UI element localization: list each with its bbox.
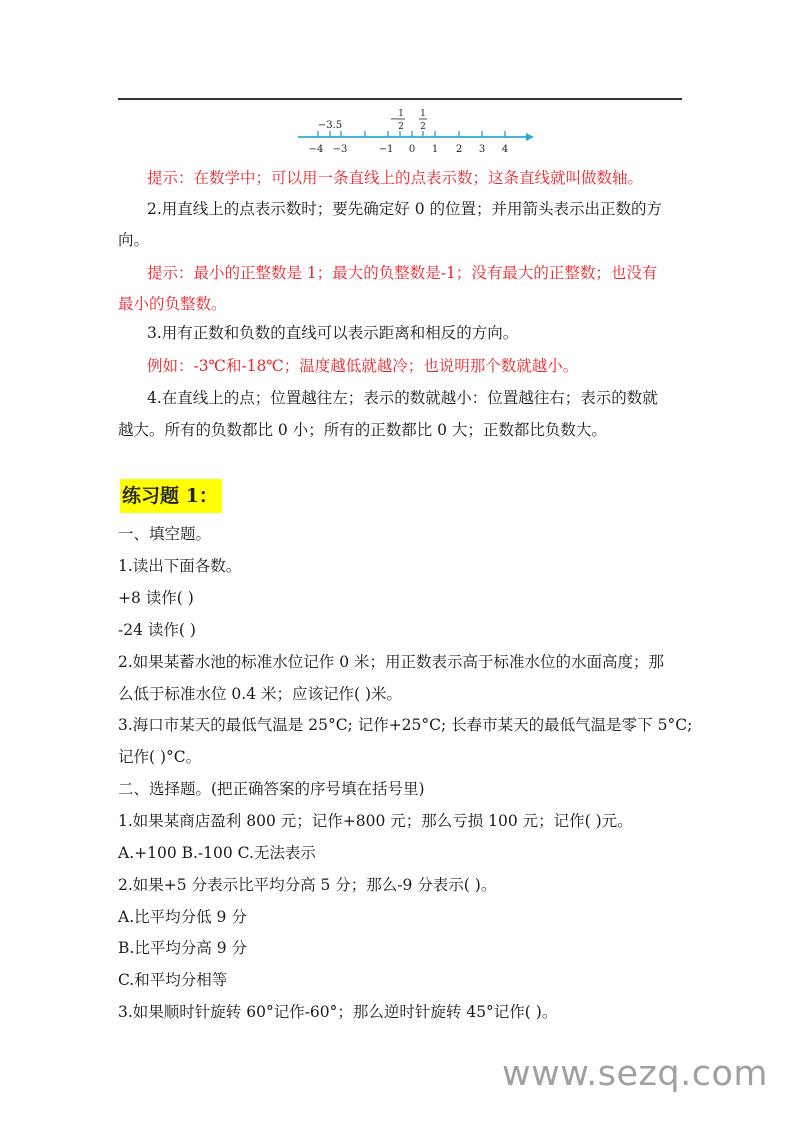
tick-label: 4 (502, 144, 508, 155)
point-3: 3.用有正数和负数的直线可以表示距离和相反的方向。 (118, 323, 688, 343)
tick-label: −1 (379, 144, 394, 155)
point-2-line-1: 2.用直线上的点表示数时；要先确定好 0 的位置；并用箭头表示出正数的方 (118, 199, 688, 219)
tick-label: −4 (309, 144, 324, 155)
tick-label: −3 (333, 144, 348, 155)
mc-question-2-option-b: B.比平均分高 9 分 (118, 938, 688, 958)
fraction-denominator: 2 (420, 122, 426, 132)
tick-label: 2 (456, 144, 462, 155)
mc-question-2: 2.如果+5 分表示比平均分高 5 分；那么-9 分表示( )。 (118, 875, 688, 895)
point-4-line-1: 4.在直线上的点；位置越往左；表示的数就越小：位置越往右；表示的数就 (118, 388, 688, 408)
number-line-figure: −4 −3 −1 0 1 2 3 4 −3.5 − 1 2 1 2 (290, 104, 540, 160)
tick-label: 3 (479, 144, 485, 155)
question-3-line-2: 记作( )°C。 (118, 747, 688, 767)
question-1: 1.读出下面各数。 (118, 556, 688, 576)
watermark: www.sezq.com (502, 1054, 768, 1094)
exercise-heading: 练习题 1： (120, 479, 222, 513)
fraction-sign: − (390, 114, 398, 125)
mc-question-2-option-c: C.和平均分相等 (118, 970, 688, 990)
section-multiple-choice: 二、选择题。(把正确答案的序号填在括号里) (118, 779, 688, 799)
hint-integers-line-1: 提示：最小的正整数是 1；最大的负整数是-1；没有最大的正整数；也没有 (118, 263, 688, 283)
header-rule (118, 98, 682, 100)
section-fill-blank: 一、填空题。 (118, 524, 688, 544)
tick-label-neg-3-5: −3.5 (318, 120, 342, 131)
mc-question-1-options: A.+100 B.-100 C.无法表示 (118, 843, 688, 863)
point-2-line-2: 向。 (118, 230, 688, 250)
mc-question-3: 3.如果顺时针旋转 60°记作-60°；那么逆时针旋转 45°记作( )。 (118, 1002, 688, 1022)
hint-integers-line-2: 最小的负整数。 (118, 294, 688, 314)
fraction-numerator: 1 (398, 109, 404, 119)
question-1a: +8 读作( ) (118, 588, 688, 608)
mc-question-2-option-a: A.比平均分低 9 分 (118, 907, 688, 927)
fraction-denominator: 2 (398, 122, 404, 132)
question-2-line-1: 2.如果某蓄水池的标准水位记作 0 米；用正数表示高于标准水位的水面高度；那 (118, 652, 688, 672)
hint-number-axis: 提示：在数学中；可以用一条直线上的点表示数；这条直线就叫做数轴。 (118, 168, 688, 188)
example-temperature: 例如：-3℃和-18℃；温度越低就越冷；也说明那个数就越小。 (118, 356, 688, 376)
point-4-line-2: 越大。所有的负数都比 0 小；所有的正数都比 0 大；正数都比负数大。 (118, 420, 688, 440)
tick-label: 1 (432, 144, 438, 155)
mc-question-1: 1.如果某商店盈利 800 元；记作+800 元；那么亏损 100 元；记作( … (118, 811, 688, 831)
tick-label: 0 (409, 144, 415, 155)
question-1b: -24 读作( ) (118, 620, 688, 640)
question-2-line-2: 么低于标准水位 0.4 米；应该记作( )米。 (118, 684, 688, 704)
question-3-line-1: 3.海口市某天的最低气温是 25°C; 记作+25°C; 长春市某天的最低气温是… (118, 715, 688, 735)
fraction-numerator: 1 (420, 109, 426, 119)
